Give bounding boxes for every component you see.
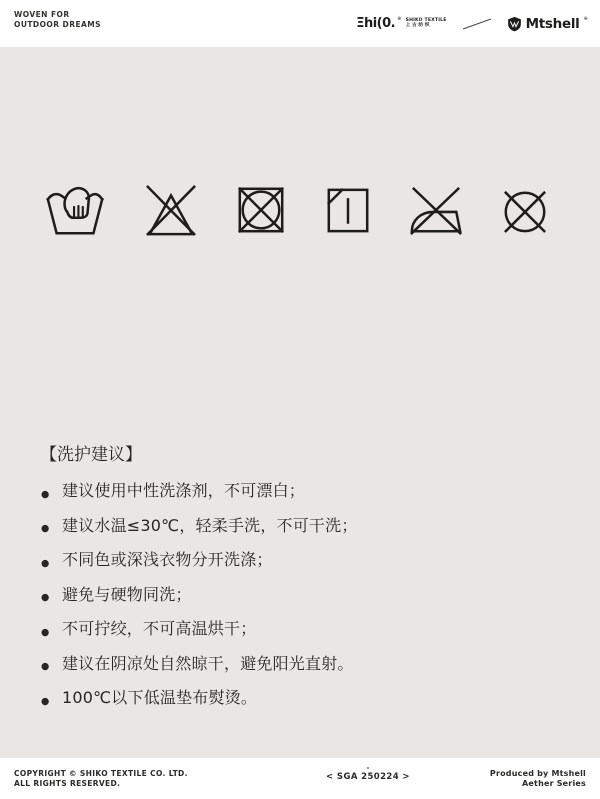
shiko-subtext-cn: 上古纺织 [406, 23, 447, 29]
header-logos: Ξhi(0. ® SHIKO TEXTILE 上古纺织 Mtshell ® [356, 0, 588, 47]
produced-by: Produced by Mtshell Aether Series [490, 769, 586, 789]
advice-item: 建议在阴凉处自然晾干，避免阳光直射。 [40, 655, 560, 673]
copyright-line-2: ALL RIGHTS RESERVED. [14, 779, 188, 789]
advice-item: 100℃以下低温垫布熨烫。 [40, 689, 560, 707]
care-advice-list: 建议使用中性洗涤剂，不可漂白； 建议水温≤30℃，轻柔手洗，不可干洗； 不同色或… [40, 482, 560, 707]
shiko-subtext: SHIKO TEXTILE 上古纺织 [406, 18, 447, 30]
care-label-page: WOVEN FOR OUTDOOR DREAMS Ξhi(0. ® SHIKO … [0, 0, 600, 799]
shiko-registered-mark: ® [397, 17, 402, 22]
mtshell-logo: Mtshell ® [507, 16, 588, 32]
copyright-line-1: COPYRIGHT © SHIKO TEXTILE CO. LTD. [14, 769, 188, 779]
produced-by-line-1: Produced by Mtshell [490, 769, 586, 779]
care-advice-title: 【洗护建议】 [40, 446, 560, 464]
care-advice-section: 【洗护建议】 建议使用中性洗涤剂，不可漂白； 建议水温≤30℃，轻柔手洗，不可干… [40, 446, 560, 724]
advice-item: 不同色或深浅衣物分开洗涤； [40, 551, 560, 569]
brand-tagline: WOVEN FOR OUTDOOR DREAMS [14, 10, 101, 29]
mtshell-shield-icon [507, 16, 522, 32]
advice-item: 建议使用中性洗涤剂，不可漂白； [40, 482, 560, 500]
do-not-iron-icon [407, 182, 465, 238]
mtshell-registered-mark: ® [584, 17, 589, 22]
sga-code: < SGA 250224 > [326, 772, 410, 782]
mtshell-name: Mtshell [526, 17, 580, 31]
copyright: COPYRIGHT © SHIKO TEXTILE CO. LTD. ALL R… [14, 769, 188, 788]
advice-item: 建议水温≤30℃，轻柔手洗，不可干洗； [40, 517, 560, 535]
do-not-dry-clean-icon [500, 182, 550, 238]
header: WOVEN FOR OUTDOOR DREAMS Ξhi(0. ® SHIKO … [0, 0, 600, 47]
content-panel: 【洗护建议】 建议使用中性洗涤剂，不可漂白； 建议水温≤30℃，轻柔手洗，不可干… [0, 47, 600, 758]
produced-by-line-2: Aether Series [490, 779, 586, 789]
shiko-logo: Ξhi(0. ® SHIKO TEXTILE 上古纺织 [356, 17, 446, 30]
tagline-line-1: WOVEN FOR [14, 10, 101, 20]
footer: COPYRIGHT © SHIKO TEXTILE CO. LTD. ALL R… [0, 758, 600, 799]
care-symbols-row [44, 181, 550, 239]
shiko-wordmark: Ξhi(0. [356, 17, 395, 30]
slash-divider-icon [462, 18, 492, 30]
advice-item: 不可拧绞，不可高温烘干； [40, 620, 560, 638]
do-not-tumble-dry-icon [234, 182, 288, 238]
advice-item: 避免与硬物同洗； [40, 586, 560, 604]
drip-dry-in-shade-icon [324, 182, 372, 238]
hand-wash-icon [44, 182, 108, 238]
footer-code-block: - < SGA 250224 > [326, 765, 410, 782]
tagline-line-2: OUTDOOR DREAMS [14, 20, 101, 30]
footer-dash: - [326, 765, 410, 772]
do-not-bleach-icon [143, 182, 199, 238]
